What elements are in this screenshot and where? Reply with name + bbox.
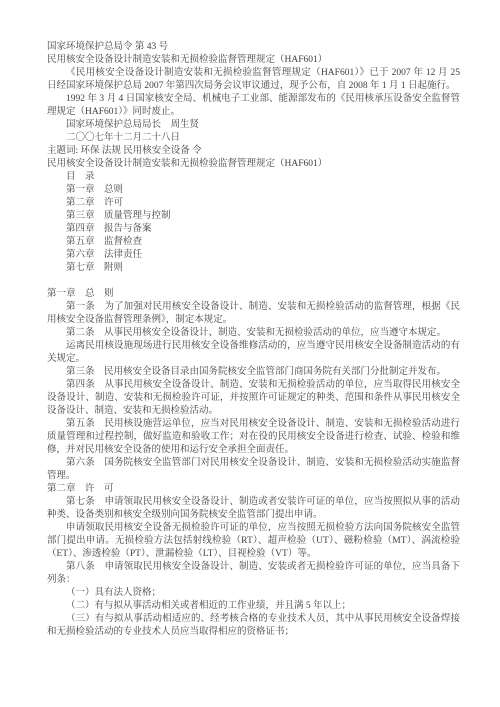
document-order-number: 国家环境保护总局令 第 43 号 [47,41,460,54]
paragraph: （三）有与拟从事活动相适应的、经考核合格的专业技术人员，其中从事民用核安全设备焊… [47,613,460,639]
paragraph: 第二条 从事民用核安全设备设计、制造、安装和无损检验活动的单位，应当遵守本规定。 [47,327,460,340]
paragraph: 第一条 为了加强对民用核安全设备设计、制造、安装和无损检验活动的监督管理，根据《… [47,301,460,327]
paragraph: 申请领取民用核安全设备无损检验许可证的单位，应当按照无损检验方法向国务院核安全监… [47,522,460,561]
document-page: 国家环境保护总局令 第 43 号 民用核安全设备设计制造安装和无损检验监督管理规… [0,0,500,707]
paragraph: 运离民用核设施现场进行民用核安全设备维修活动的，应当遵守民用核安全设备制造活动的… [47,340,460,366]
paragraph: 第六条 国务院核安全监管部门对民用核安全设备设计、制造、安装和无损检验活动实施监… [47,457,460,483]
toc-item: 第一章 总则 [47,184,460,197]
paragraph: （一）具有法人资格； [47,587,460,600]
paragraph: 第七条 申请领取民用核安全设备设计、制造或者安装许可证的单位，应当按照拟从事的活… [47,496,460,522]
toc-item: 第五章 监督检查 [47,236,460,249]
paragraph: 第五条 民用核设施营运单位，应当对民用核安全设备设计、制造、安装和无损检验活动进… [47,418,460,457]
toc-item: 第三章 质量管理与控制 [47,210,460,223]
paragraph: 二〇〇七年十二月二十八日 [47,132,460,145]
paragraph: 主题词: 环保 法规 民用核安全设备 令 [47,145,460,158]
toc-heading: 目 录 [47,171,460,184]
chapter-heading: 第二章 许 可 [47,483,460,496]
paragraph: （二）有与拟从事活动相关或者相近的工作业绩，并且满 5 年以上； [47,600,460,613]
document-title: 民用核安全设备设计制造安装和无损检验监督管理规定（HAF601） [47,54,460,67]
paragraph: 《民用核安全设备设计制造安装和无损检验监督管理规定（HAF601）》已于 200… [47,67,460,93]
paragraph: 第三条 民用核安全设备目录由国务院核安全监管部门商国务院有关部门分批制定并发布。 [47,366,460,379]
paragraph: 国家环境保护总局局长 周生贤 [47,119,460,132]
document-title: 民用核安全设备设计制造安装和无损检验监督管理规定（HAF601） [47,158,460,171]
paragraph: 1992 年 3 月 4 日国家核安全局、机械电子工业部、能源部发布的《民用核承… [47,93,460,119]
chapter-heading: 第一章 总 则 [47,288,460,301]
toc-item: 第四章 报告与备案 [47,223,460,236]
toc-item: 第七章 附则 [47,262,460,275]
document-body: 民用核安全设备设计制造安装和无损检验监督管理规定（HAF601）《民用核安全设备… [47,54,460,639]
toc-item: 第二章 许可 [47,197,460,210]
paragraph: 第四条 从事民用核安全设备设计、制造、安装和无损检验活动的单位，应当取得民用核安… [47,379,460,418]
paragraph: 第八条 申请领取民用核安全设备设计、制造、安装或者无损检验许可证的单位，应当具备… [47,561,460,587]
spacer [47,275,460,288]
toc-item: 第六章 法律责任 [47,249,460,262]
